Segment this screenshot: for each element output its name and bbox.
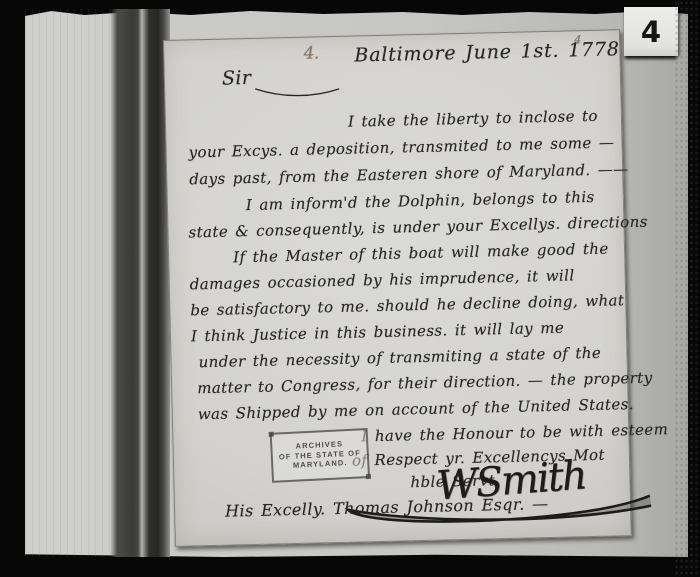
letter-page: 4. 4 Baltimore June 1st. 1778 Sir I take…	[163, 29, 632, 547]
binding-gutter-shadow	[110, 9, 170, 557]
body-line: be satisfactory to me. should he decline…	[190, 291, 624, 319]
archives-stamp-line3: MARYLAND.	[293, 459, 348, 470]
body-line: state & consequently, is under your Exce…	[188, 213, 648, 242]
body-line: matter to Congress, for their direction.…	[197, 369, 653, 398]
body-line: I am inform'd the Dolphin, belongs to th…	[246, 188, 595, 214]
body-line: I think Justice in this business. it wil…	[191, 319, 565, 346]
archives-stamp: ARCHIVES OF THE STATE OF MARYLAND.	[270, 428, 370, 483]
body-line: days past, from the Easteren shore of Ma…	[189, 160, 629, 188]
letter-salutation: Sir	[222, 67, 252, 90]
sepia-page-number: 4.	[302, 43, 322, 63]
body-line: was Shipped by me on account of the Unit…	[198, 395, 634, 423]
letter-dateline: Baltimore June 1st. 1778	[354, 38, 620, 66]
photograph-frame: 4. 4 Baltimore June 1st. 1778 Sir I take…	[0, 0, 700, 577]
closing-line: I have the Honour to be with esteem	[361, 420, 668, 445]
body-line: damages occasioned by his imprudence, it…	[190, 266, 575, 293]
body-line: I take the liberty to inclose to	[348, 107, 598, 131]
body-line: under the necessity of transmiting a sta…	[198, 344, 601, 371]
page-number: 4	[641, 15, 661, 49]
salutation-flourish	[253, 83, 343, 99]
body-line: If the Master of this boat will make goo…	[233, 240, 609, 267]
page-number-card: 4	[624, 7, 678, 56]
body-line: your Excys. a deposition, transmited to …	[188, 133, 614, 161]
film-streaks	[25, 9, 111, 557]
